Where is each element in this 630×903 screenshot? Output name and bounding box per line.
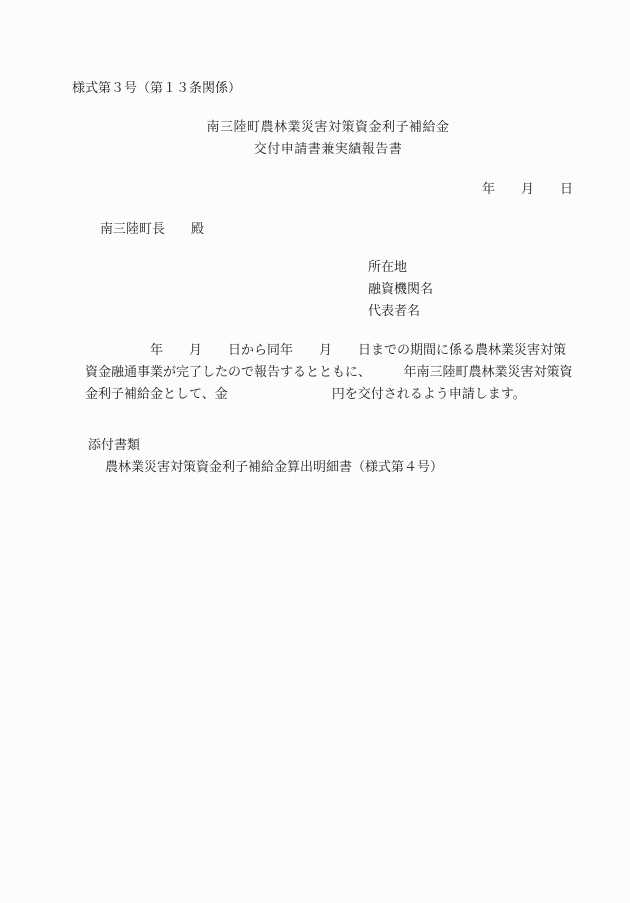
body-line-3: 金利子補給金として、金 円を交付されるよう申請します。 <box>85 383 573 405</box>
document-title-line2: 交付申請書兼実績報告書 <box>73 138 583 160</box>
attachments-heading: 添付書類 <box>88 438 140 451</box>
body-line-1: 年 月 日から同年 月 日までの期間に係る農林業災害対策 <box>85 339 573 361</box>
body-line-2: 資金融通事業が完了したので報告するとともに、 年南三陸町農林業災害対策資 <box>85 361 573 383</box>
document-title: 南三陸町農林業災害対策資金利子補給金 交付申請書兼実績報告書 <box>73 116 583 160</box>
form-number: 様式第３号（第１３条関係） <box>72 81 241 94</box>
applicant-field-representative: 代表者名 <box>368 300 433 322</box>
document-title-line1: 南三陸町農林業災害対策資金利子補給金 <box>73 116 583 138</box>
applicant-block: 所在地 融資機関名 代表者名 <box>368 256 433 322</box>
attachment-item: 農林業災害対策資金利子補給金算出明細書（様式第４号） <box>105 460 443 473</box>
date-line: 年 月 日 <box>482 182 573 195</box>
addressee: 南三陸町長 殿 <box>100 222 204 235</box>
applicant-field-location: 所在地 <box>368 256 433 278</box>
applicant-field-institution: 融資機関名 <box>368 278 433 300</box>
document-page: 様式第３号（第１３条関係） 南三陸町農林業災害対策資金利子補給金 交付申請書兼実… <box>0 0 630 903</box>
body-paragraph: 年 月 日から同年 月 日までの期間に係る農林業災害対策 資金融通事業が完了した… <box>85 339 573 405</box>
